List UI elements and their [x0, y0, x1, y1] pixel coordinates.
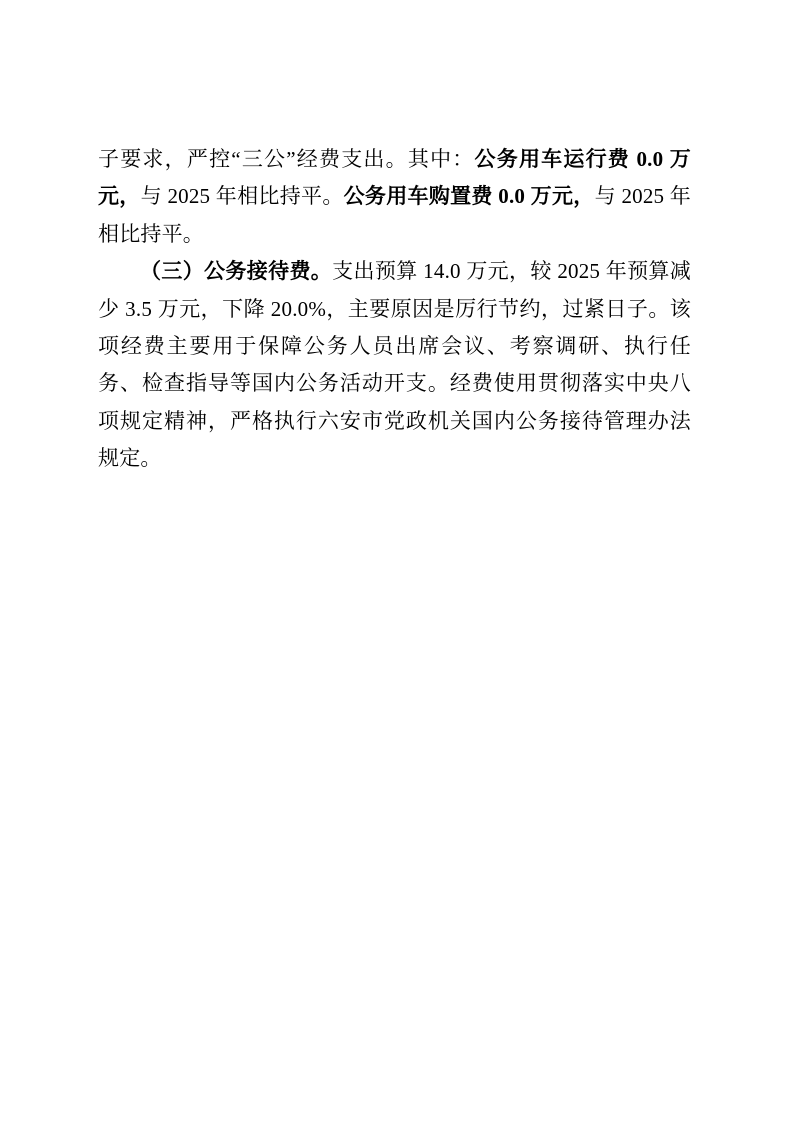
text-run-bold-reception-heading: （三）公务接待费。 [140, 259, 332, 283]
paragraph-official-reception: （三）公务接待费。支出预算 14.0 万元，较 2025 年预算减少 3.5 万… [98, 253, 691, 477]
paragraph-carryover: 子要求，严控“三公”经费支出。其中：公务用车运行费 0.0 万元，与 2025 … [98, 141, 691, 253]
text-run: 支出预算 14.0 万元，较 2025 年预算减少 3.5 万元，下降 20.0… [98, 259, 691, 470]
document-page: 子要求，严控“三公”经费支出。其中：公务用车运行费 0.0 万元，与 2025 … [0, 0, 793, 1122]
text-run-bold-vehicle-purchase-fee: 公务用车购置费 0.0 万元， [344, 184, 595, 208]
text-run: 子要求，严控“三公”经费支出。其中： [98, 147, 475, 171]
text-run: 与 2025 年相比持平。 [141, 184, 344, 208]
page-content: 子要求，严控“三公”经费支出。其中：公务用车运行费 0.0 万元，与 2025 … [0, 0, 793, 478]
